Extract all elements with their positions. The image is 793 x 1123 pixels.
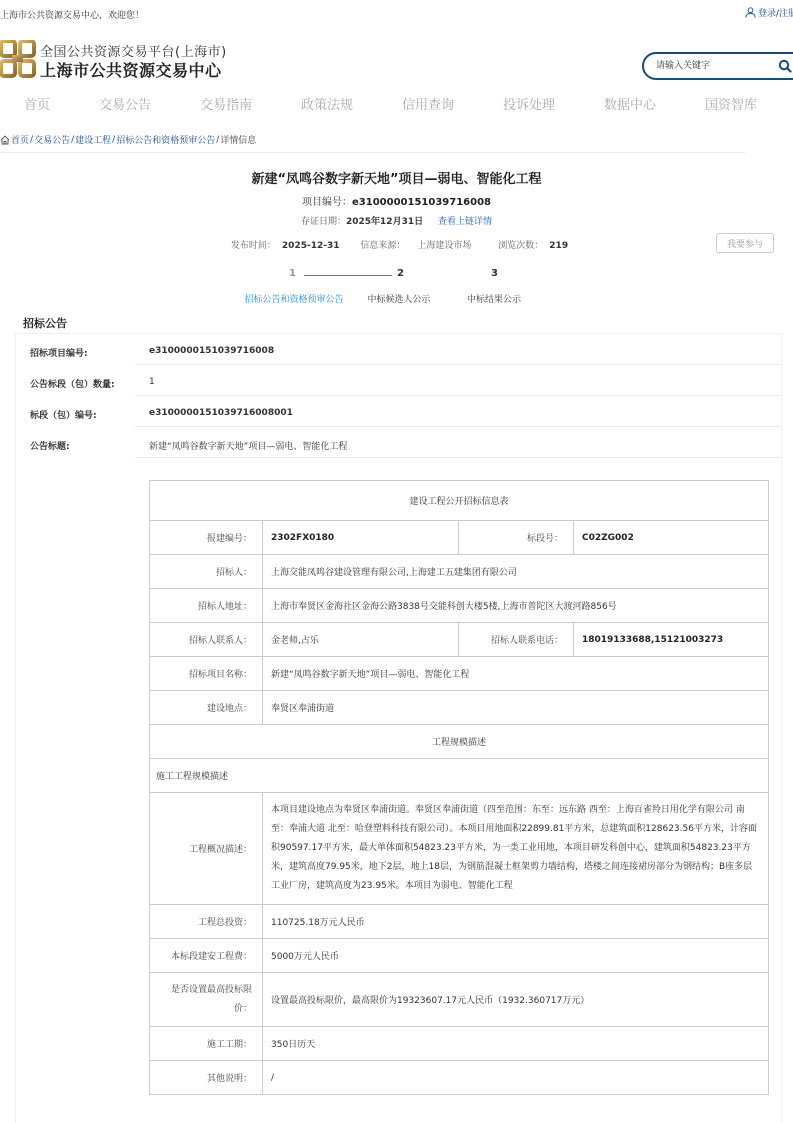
table-caption: 建设工程公开招标信息表	[150, 481, 769, 521]
nav-credit[interactable]: 信用查询	[402, 94, 454, 113]
section-no-value: C02ZG002	[582, 533, 634, 543]
table-row: 招标人： 上海交能凤鸣谷建设管理有限公司,上海建工五建集团有限公司	[150, 555, 769, 589]
publish-time-label: 发布时间：	[231, 241, 276, 251]
total-invest-label: 工程总投资：	[150, 905, 263, 939]
source-value: 上海建设市场	[417, 241, 471, 251]
scale-heading: 工程规模描述	[150, 725, 769, 759]
kv-value: 新建“凤鸣谷数字新天地”项目—弱电、智能化工程	[149, 439, 347, 452]
tenderer-label: 招标人：	[150, 555, 263, 589]
logo-icon	[0, 40, 36, 78]
kv-value: e3100000151039716008	[149, 346, 274, 356]
chain-details-link[interactable]: 查看上链详情	[438, 217, 492, 227]
step-3-number: 3	[491, 268, 498, 279]
max-price-label: 是否设置最高投标限价：	[150, 973, 263, 1027]
views-value: 219	[549, 241, 568, 251]
table-row: 招标人联系人： 金老师,占乐 招标人联系电话： 18019133688,1512…	[150, 623, 769, 657]
table-row: 招标项目名称： 新建“凤鸣谷数字新天地”项目—弱电、智能化工程	[150, 657, 769, 691]
breadcrumb-separator: /	[30, 135, 33, 145]
kv-value: 1	[149, 377, 155, 387]
table-row: 施工工期： 350日历天	[150, 1027, 769, 1061]
kv-row-section-count: 公告标段（包）数量: 1	[15, 365, 782, 396]
table-row: 招标人地址： 上海市奉贤区金海社区金海公路3838号交能科创大楼5楼,上海市普陀…	[150, 589, 769, 623]
proj-code-value: 2302FX0180	[271, 533, 334, 543]
kv-value: e3100000151039716008001	[149, 408, 293, 418]
phone-value: 18019133688,15121003273	[582, 635, 723, 645]
project-name-value: 新建“凤鸣谷数字新天地”项目—弱电、智能化工程	[263, 657, 769, 691]
main-nav: 首页 交易公告 交易指南 政策法规 信用查询 投诉处理 数据中心 国资智库	[0, 94, 793, 120]
kv-row-title: 公告标题: 新建“凤鸣谷数字新天地”项目—弱电、智能化工程	[15, 427, 782, 458]
publish-meta: 发布时间：2025-12-31 信息来源：上海建设市场 浏览次数：219	[0, 238, 793, 251]
total-invest-value: 110725.18万元人民币	[263, 905, 769, 939]
nav-trade-notice[interactable]: 交易公告	[99, 94, 151, 113]
certificate-info: 存证日期：2025年12月31日 查看上链详情	[0, 214, 793, 227]
location-label: 建设地点：	[150, 691, 263, 725]
page-title: 新建“凤鸣谷数字新天地”项目—弱电、智能化工程	[0, 168, 793, 187]
table-row: 报建编号： 2302FX0180 标段号： C02ZG002	[150, 521, 769, 555]
construction-scale-heading: 施工工程规模描述	[150, 759, 769, 793]
breadcrumb: 首页 / 交易公告 / 建设工程 / 招标公告和资格预审公告 / 详情信息	[0, 133, 256, 146]
breadcrumb-home[interactable]: 首页	[11, 133, 29, 146]
table-row: 工程规模描述	[150, 725, 769, 759]
login-register-link[interactable]: 登录/注册	[745, 6, 793, 19]
breadcrumb-separator: /	[71, 135, 74, 145]
views-label: 浏览次数：	[498, 241, 543, 251]
join-button[interactable]: 我要参与	[716, 233, 774, 253]
phone-label: 招标人联系电话：	[459, 623, 574, 657]
step-2-candidate[interactable]: 中标候选人公示	[364, 292, 434, 305]
user-icon	[745, 7, 756, 18]
duration-label: 施工工期：	[150, 1027, 263, 1061]
top-bar: 上海市公共资源交易中心，欢迎您！ 登录/注册	[0, 0, 793, 26]
breadcrumb-separator: /	[112, 135, 115, 145]
project-number-label: 项目编号：	[302, 197, 352, 208]
publish-time-value: 2025-12-31	[282, 241, 340, 251]
cert-date-label: 存证日期：	[301, 217, 346, 227]
search-input[interactable]	[656, 58, 766, 74]
overview-value: 本项目建设地点为奉贤区奉浦街道。奉贤区奉浦街道（四至范围：东至：远东路 西至：上…	[263, 793, 769, 905]
welcome-text: 上海市公共资源交易中心，欢迎您！	[0, 8, 144, 21]
kv-key: 招标项目编号:	[30, 346, 88, 359]
table-row: 本标段建安工程费： 5000万元人民币	[150, 939, 769, 973]
divider	[0, 152, 746, 153]
step-progress-line	[304, 275, 392, 276]
section-heading: 招标公告	[23, 315, 67, 331]
process-steps: 1 2 3 招标公告和资格预审公告 中标候选人公示 中标结果公示	[240, 268, 560, 320]
source-label: 信息来源：	[360, 241, 405, 251]
kv-key: 公告标题:	[30, 439, 70, 452]
section-cost-label: 本标段建安工程费：	[150, 939, 263, 973]
remarks-label: 其他说明：	[150, 1061, 263, 1095]
section-no-label: 标段号：	[459, 521, 574, 555]
project-name-label: 招标项目名称：	[150, 657, 263, 691]
step-1-tender-notice[interactable]: 招标公告和资格预审公告	[244, 292, 344, 305]
nav-data-center[interactable]: 数据中心	[604, 94, 656, 113]
remarks-value: /	[263, 1061, 769, 1095]
contact-label: 招标人联系人：	[150, 623, 263, 657]
duration-value: 350日历天	[263, 1027, 769, 1061]
tenderer-value: 上海交能凤鸣谷建设管理有限公司,上海建工五建集团有限公司	[263, 555, 769, 589]
address-label: 招标人地址：	[150, 589, 263, 623]
project-number: 项目编号：e3100000151039716008	[0, 193, 793, 208]
step-2-number: 2	[397, 268, 404, 279]
proj-code-label: 报建编号：	[150, 521, 263, 555]
home-icon[interactable]	[0, 135, 10, 145]
overview-label: 工程概况描述：	[150, 793, 263, 905]
nav-home[interactable]: 首页	[24, 94, 50, 113]
breadcrumb-current: 详情信息	[220, 133, 256, 146]
cert-date-value: 2025年12月31日	[346, 217, 423, 227]
contact-value: 金老师,占乐	[263, 623, 459, 657]
section-cost-value: 5000万元人民币	[263, 939, 769, 973]
breadcrumb-trade-notice[interactable]: 交易公告	[34, 133, 70, 146]
step-3-result[interactable]: 中标结果公示	[462, 292, 526, 305]
location-value: 奉贤区奉浦街道	[263, 691, 769, 725]
center-name: 上海市公共资源交易中心	[40, 58, 222, 81]
kv-row-project-code: 招标项目编号: e3100000151039716008	[15, 334, 782, 365]
nav-policy[interactable]: 政策法规	[301, 94, 353, 113]
breadcrumb-construction[interactable]: 建设工程	[75, 133, 111, 146]
nav-complaint[interactable]: 投诉处理	[503, 94, 555, 113]
search-box	[642, 52, 793, 80]
breadcrumb-tender-notice[interactable]: 招标公告和资格预审公告	[116, 133, 215, 146]
tender-info-table: 建设工程公开招标信息表 报建编号： 2302FX0180 标段号： C02ZG0…	[149, 480, 769, 1095]
project-number-value: e3100000151039716008	[352, 197, 491, 208]
table-row: 工程概况描述： 本项目建设地点为奉贤区奉浦街道。奉贤区奉浦街道（四至范围：东至：…	[150, 793, 769, 905]
table-row: 建设地点： 奉贤区奉浦街道	[150, 691, 769, 725]
search-icon[interactable]	[778, 59, 792, 73]
step-1-number: 1	[289, 268, 296, 279]
breadcrumb-separator: /	[216, 135, 219, 145]
table-row: 是否设置最高投标限价： 设置最高投标限价，最高限价为19323607.17元人民…	[150, 973, 769, 1027]
kv-key: 标段（包）编号:	[30, 408, 97, 421]
nav-trade-guide[interactable]: 交易指南	[200, 94, 252, 113]
kv-key: 公告标段（包）数量:	[30, 377, 115, 390]
address-value: 上海市奉贤区金海社区金海公路3838号交能科创大楼5楼,上海市普陀区大渡河路85…	[263, 589, 769, 623]
kv-row-section-code: 标段（包）编号: e3100000151039716008001	[15, 396, 782, 427]
table-row: 工程总投资： 110725.18万元人民币	[150, 905, 769, 939]
table-row: 施工工程规模描述	[150, 759, 769, 793]
nav-think-tank[interactable]: 国资智库	[705, 94, 757, 113]
login-label[interactable]: 登录/注册	[758, 6, 793, 19]
table-row: 其他说明： /	[150, 1061, 769, 1095]
max-price-value: 设置最高投标限价，最高限价为19323607.17元人民币（1932.36071…	[263, 973, 769, 1027]
